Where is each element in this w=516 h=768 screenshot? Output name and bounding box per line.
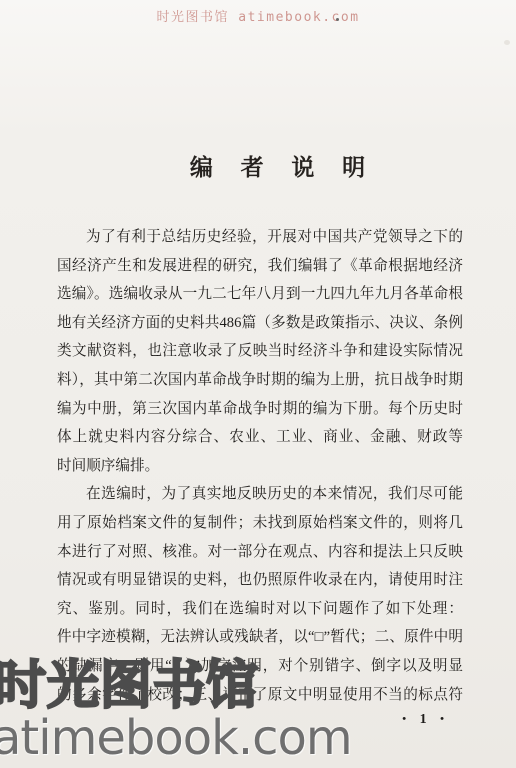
text-line: 地有关经济方面的史料共486篇（多数是政策指示、决议、条例一 [57, 309, 463, 338]
paragraph-1: 为了有利于总结历史经验，开展对中国共产党领导之下的新中国经济产生和发展进程的研究… [57, 223, 463, 480]
text-line: 料），其中第二次国内革命战争时期的编为上册，抗日战争时期的 [57, 366, 463, 395]
text-line: 情况或有明显错误的史料，也仍照原件收录在内，请使用时注意研 [57, 566, 463, 595]
text-line: 时间顺序编排。 [57, 452, 463, 481]
text-line: 选编》。选编收录从一九二七年八月到一九四九年九月各革命根据 [57, 280, 463, 309]
text-line: 用了原始档案文件的复制件；未找到原始档案文件的，则将几个版 [57, 509, 463, 538]
text-line: 究、鉴别。同时，我们在选编时对以下问题作了如下处理：一、原 [57, 595, 463, 624]
text-line: 在选编时，为了真实地反映历史的本来情况，我们尽可能地利 [57, 480, 463, 509]
watermark-bottom-cn: 时光图书馆 [0, 643, 259, 718]
text-line: 国经济产生和发展进程的研究，我们编辑了《革命根据地经济史料 [57, 252, 463, 281]
body-text: 为了有利于总结历史经验，开展对中国共产党领导之下的新中国经济产生和发展进程的研究… [57, 223, 463, 709]
text-line: 为了有利于总结历史经验，开展对中国共产党领导之下的新中 [57, 223, 463, 252]
text-line: 编为中册，第三次国内革命战争时期的编为下册。每个历史时期大 [57, 395, 463, 424]
text-line: 类文献资料，也注意收录了反映当时经济斗争和建设实际情况的史 [57, 337, 463, 366]
text-line: 体上就史料内容分综合、农业、工业、商业、金融、财政等类，按 [57, 423, 463, 452]
scanned-book-page: 时光图书馆 atimebook.com 编 者 说 明 为了有利于总结历史经验，… [0, 0, 516, 768]
page-number-value: 1 [410, 712, 437, 727]
text-line: 本进行了对照、核准。对一部分在观点、内容和提法上只反映当时 [57, 538, 463, 567]
watermark-top: 时光图书馆 atimebook.com [0, 6, 516, 25]
page-number: • 1 • [402, 712, 444, 728]
watermark-bottom-en: atimebook.com [0, 710, 352, 766]
page-number-dot-left: • [402, 713, 406, 725]
page-number-dot-right: • [440, 713, 444, 725]
page-title: 编 者 说 明 [75, 149, 491, 182]
scan-speckle [336, 18, 339, 21]
scan-speckle [504, 40, 510, 45]
